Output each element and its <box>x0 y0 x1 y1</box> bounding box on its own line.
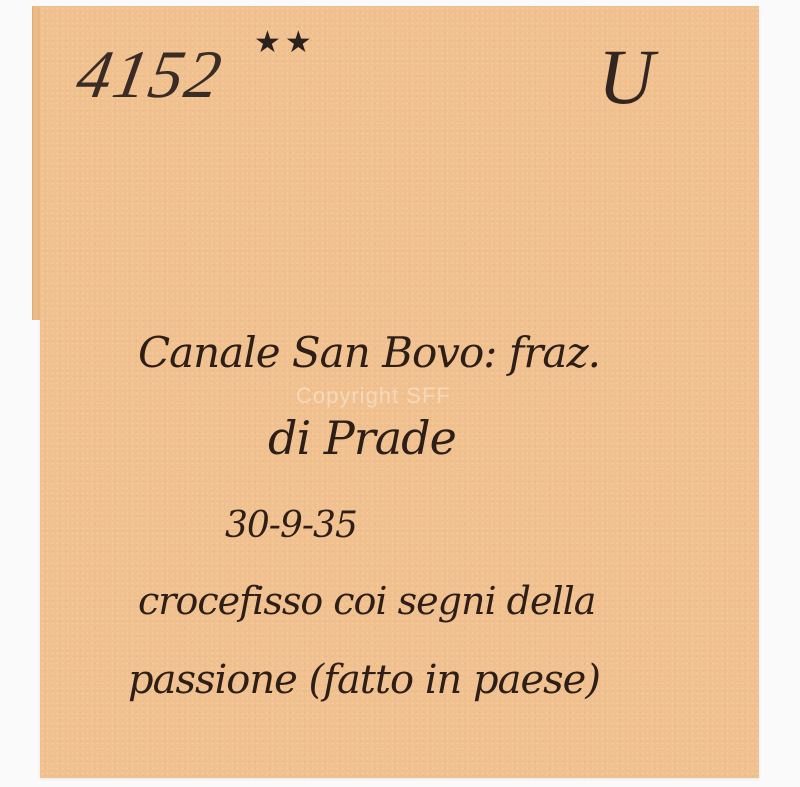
catalog-number: 4152 <box>72 40 228 108</box>
place-line: di Prade <box>268 415 456 461</box>
description-line-1: crocefisso coi segni della <box>138 582 595 620</box>
copyright-watermark: Copyright SFF <box>296 383 451 409</box>
date-line: 30-9-35 <box>225 508 357 544</box>
location-line: Canale San Bovo: fraz. <box>138 332 600 374</box>
corner-letter: U <box>598 38 654 116</box>
description-line-2: passione (fatto in paese) <box>128 660 600 700</box>
star-marks-icon: ★★ <box>254 28 316 58</box>
